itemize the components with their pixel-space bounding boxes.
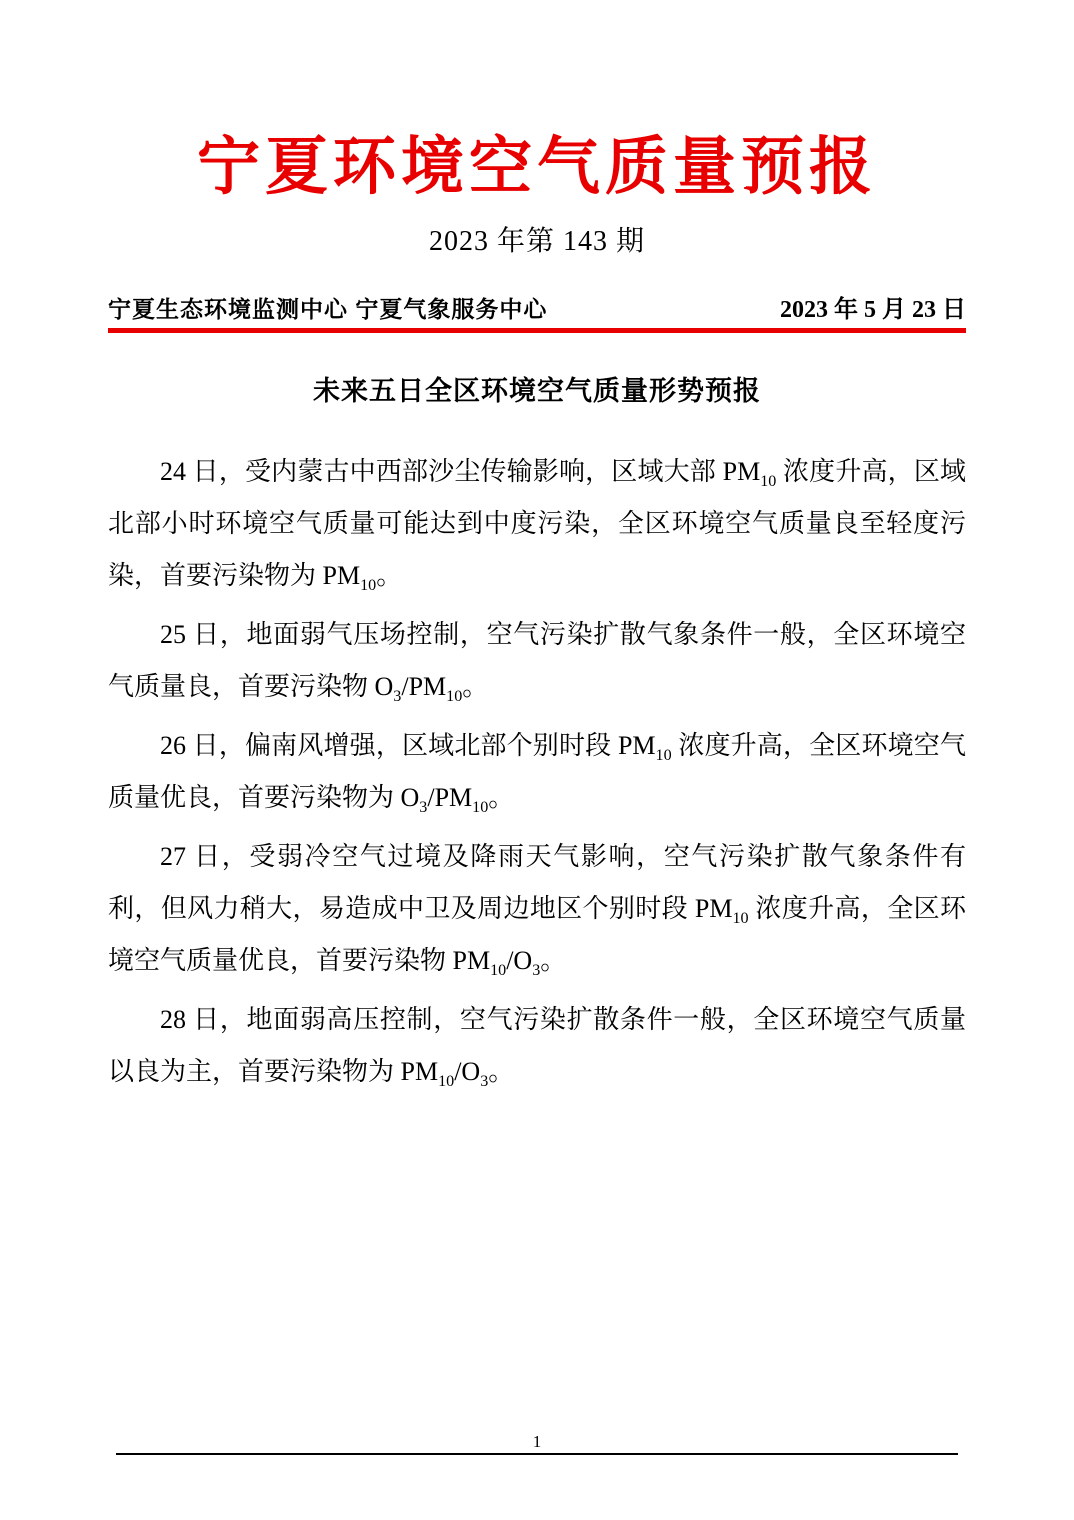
page-footer: 1 xyxy=(116,1432,958,1455)
document-title: 宁夏环境空气质量预报 xyxy=(108,128,966,207)
red-divider-rule xyxy=(108,328,966,333)
issuing-agencies: 宁夏生态环境监测中心 宁夏气象服务中心 xyxy=(108,291,547,324)
issue-number: 2023 年第 143 期 xyxy=(108,219,966,259)
masthead: 宁夏生态环境监测中心 宁夏气象服务中心 2023 年 5 月 23 日 xyxy=(108,289,966,324)
forecast-paragraph: 26 日，偏南风增强，区域北部个别时段 PM10 浓度升高，全区环境空气质量优良… xyxy=(108,720,966,824)
document-content: 宁夏环境空气质量预报 2023 年第 143 期 宁夏生态环境监测中心 宁夏气象… xyxy=(108,128,966,1098)
forecast-paragraph: 25 日，地面弱气压场控制，空气污染扩散气象条件一般，全区环境空气质量良，首要污… xyxy=(108,609,966,713)
forecast-paragraph: 27 日，受弱冷空气过境及降雨天气影响，空气污染扩散气象条件有利，但风力稍大，易… xyxy=(108,831,966,987)
footer-rule xyxy=(116,1453,958,1455)
document-page: 宁夏环境空气质量预报 2023 年第 143 期 宁夏生态环境监测中心 宁夏气象… xyxy=(0,0,1074,1520)
section-title: 未来五日全区环境空气质量形势预报 xyxy=(108,369,966,408)
page-number: 1 xyxy=(116,1432,958,1452)
forecast-paragraphs: 24 日，受内蒙古中西部沙尘传输影响，区域大部 PM10 浓度升高，区域北部小时… xyxy=(108,446,966,1098)
issue-date: 2023 年 5 月 23 日 xyxy=(780,289,966,324)
forecast-paragraph: 24 日，受内蒙古中西部沙尘传输影响，区域大部 PM10 浓度升高，区域北部小时… xyxy=(108,446,966,602)
forecast-paragraph: 28 日，地面弱高压控制，空气污染扩散条件一般，全区环境空气质量以良为主，首要污… xyxy=(108,994,966,1098)
